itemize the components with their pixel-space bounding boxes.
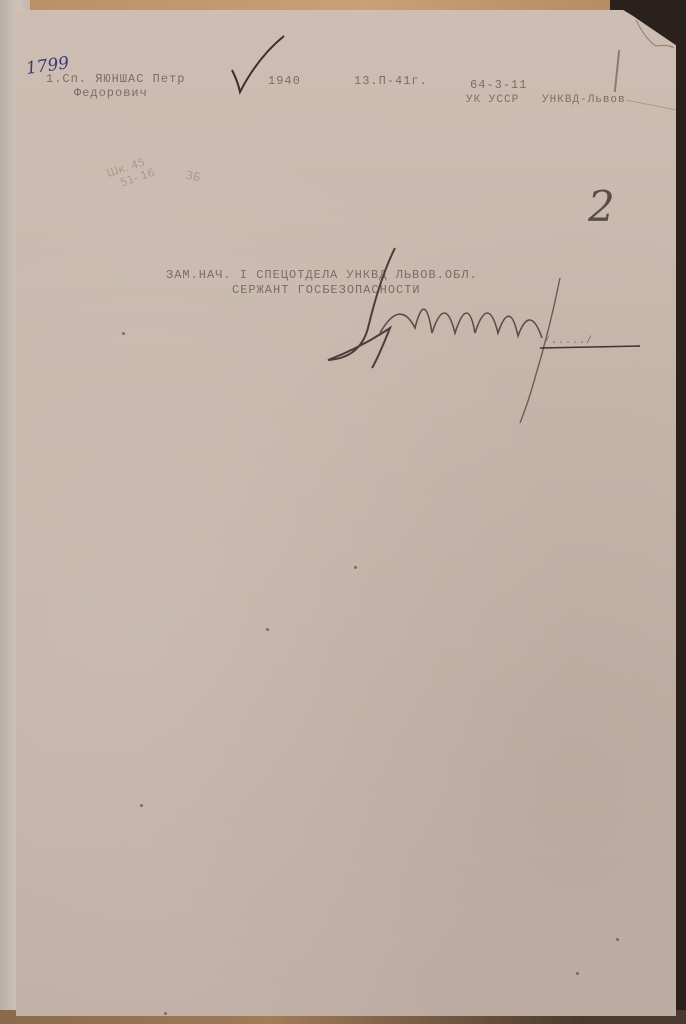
page-number-handwritten: 2 — [588, 182, 615, 231]
paper-speck — [576, 972, 579, 975]
paper-speck — [616, 938, 619, 941]
header-department: УК УССР УНКВД-Львов — [466, 94, 626, 106]
header-name-line1: 1.Сп. ЯЮНШАС Петр — [46, 72, 185, 86]
header-date: 13.П-41г. — [354, 74, 428, 88]
checkmark-icon — [228, 32, 288, 102]
header-code: 64-3-11 — [470, 78, 527, 92]
header-name-line2: Федорович — [74, 86, 148, 100]
header-year: 1940 — [268, 74, 301, 88]
paper-speck — [354, 566, 357, 569]
faded-stamp: Шк. 45 51- 16 — [105, 154, 156, 193]
paper-speck — [164, 1012, 167, 1015]
paper-speck — [122, 332, 125, 335]
signature-typed-name: /...../ — [544, 336, 593, 347]
paper-speck — [266, 628, 269, 631]
paper-speck — [140, 804, 143, 807]
faded-stamp-suffix: ЗБ — [185, 169, 202, 184]
document-page: 1799 1.Сп. ЯЮНШАС Петр Федорович 1940 13… — [16, 10, 676, 1016]
corner-fold — [606, 10, 676, 110]
